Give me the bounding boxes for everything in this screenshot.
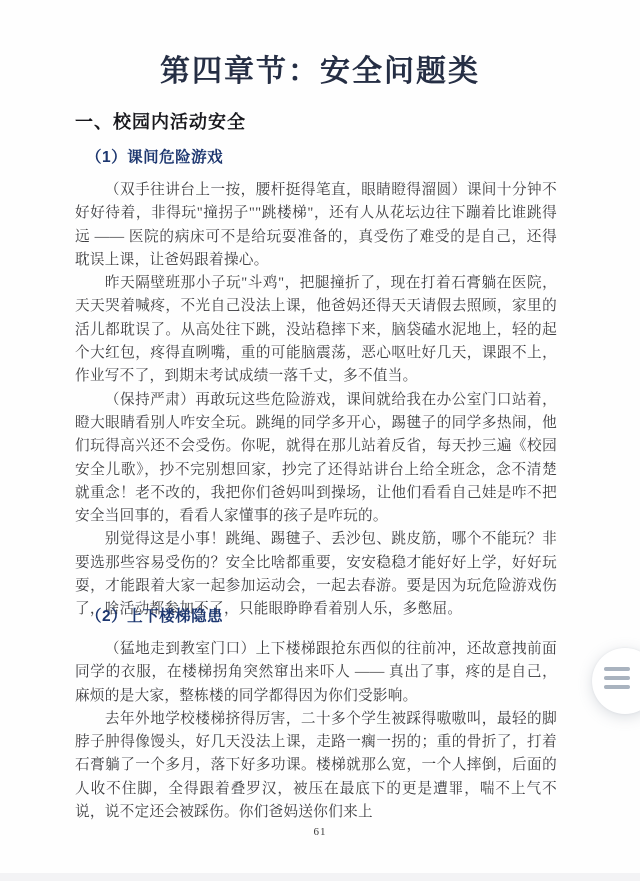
section-heading: 一、校园内活动安全 — [75, 108, 557, 134]
section-campus-activity-safety: 一、校园内活动安全 （1）课间危险游戏 （双手往讲台上一按，腰杆挺得笔直，眼睛瞪… — [75, 108, 557, 622]
paragraph: （双手往讲台上一按，腰杆挺得笔直，眼睛瞪得溜圆）课间十分钟不好好待着，非得玩"撞… — [75, 179, 557, 272]
page-number: 61 — [0, 826, 640, 838]
paragraph: 昨天隔壁班那小子玩"斗鸡"，把腿撞折了，现在打着石膏躺在医院，天天哭着喊疼，不光… — [75, 272, 557, 388]
hamburger-menu-icon — [604, 667, 630, 689]
subsection-2-heading: （2）上下楼梯隐患 — [86, 604, 557, 626]
page-bottom-edge — [0, 873, 640, 881]
floating-menu-button[interactable] — [592, 648, 640, 714]
section-stairs-hazard: （2）上下楼梯隐患 （猛地走到教室门口）上下楼梯跟抢东西似的往前冲，还故意拽前面… — [75, 604, 557, 824]
paragraph: （猛地走到教室门口）上下楼梯跟抢东西似的往前冲，还故意拽前面同学的衣服，在楼梯拐… — [75, 638, 557, 708]
document-page: 第四章节：安全问题类 一、校园内活动安全 （1）课间危险游戏 （双手往讲台上一按… — [0, 0, 640, 881]
subsection-1-heading: （1）课间危险游戏 — [86, 145, 557, 167]
chapter-title: 第四章节：安全问题类 — [0, 46, 640, 90]
paragraph: 去年外地学校楼梯挤得厉害，二十多个学生被踩得嗷嗷叫，最轻的脚脖子肿得像馒头，好几… — [75, 708, 557, 824]
paragraph: （保持严肃）再敢玩这些危险游戏，课间就给我在办公室门口站着，瞪大眼睛看别人咋安全… — [75, 389, 557, 529]
